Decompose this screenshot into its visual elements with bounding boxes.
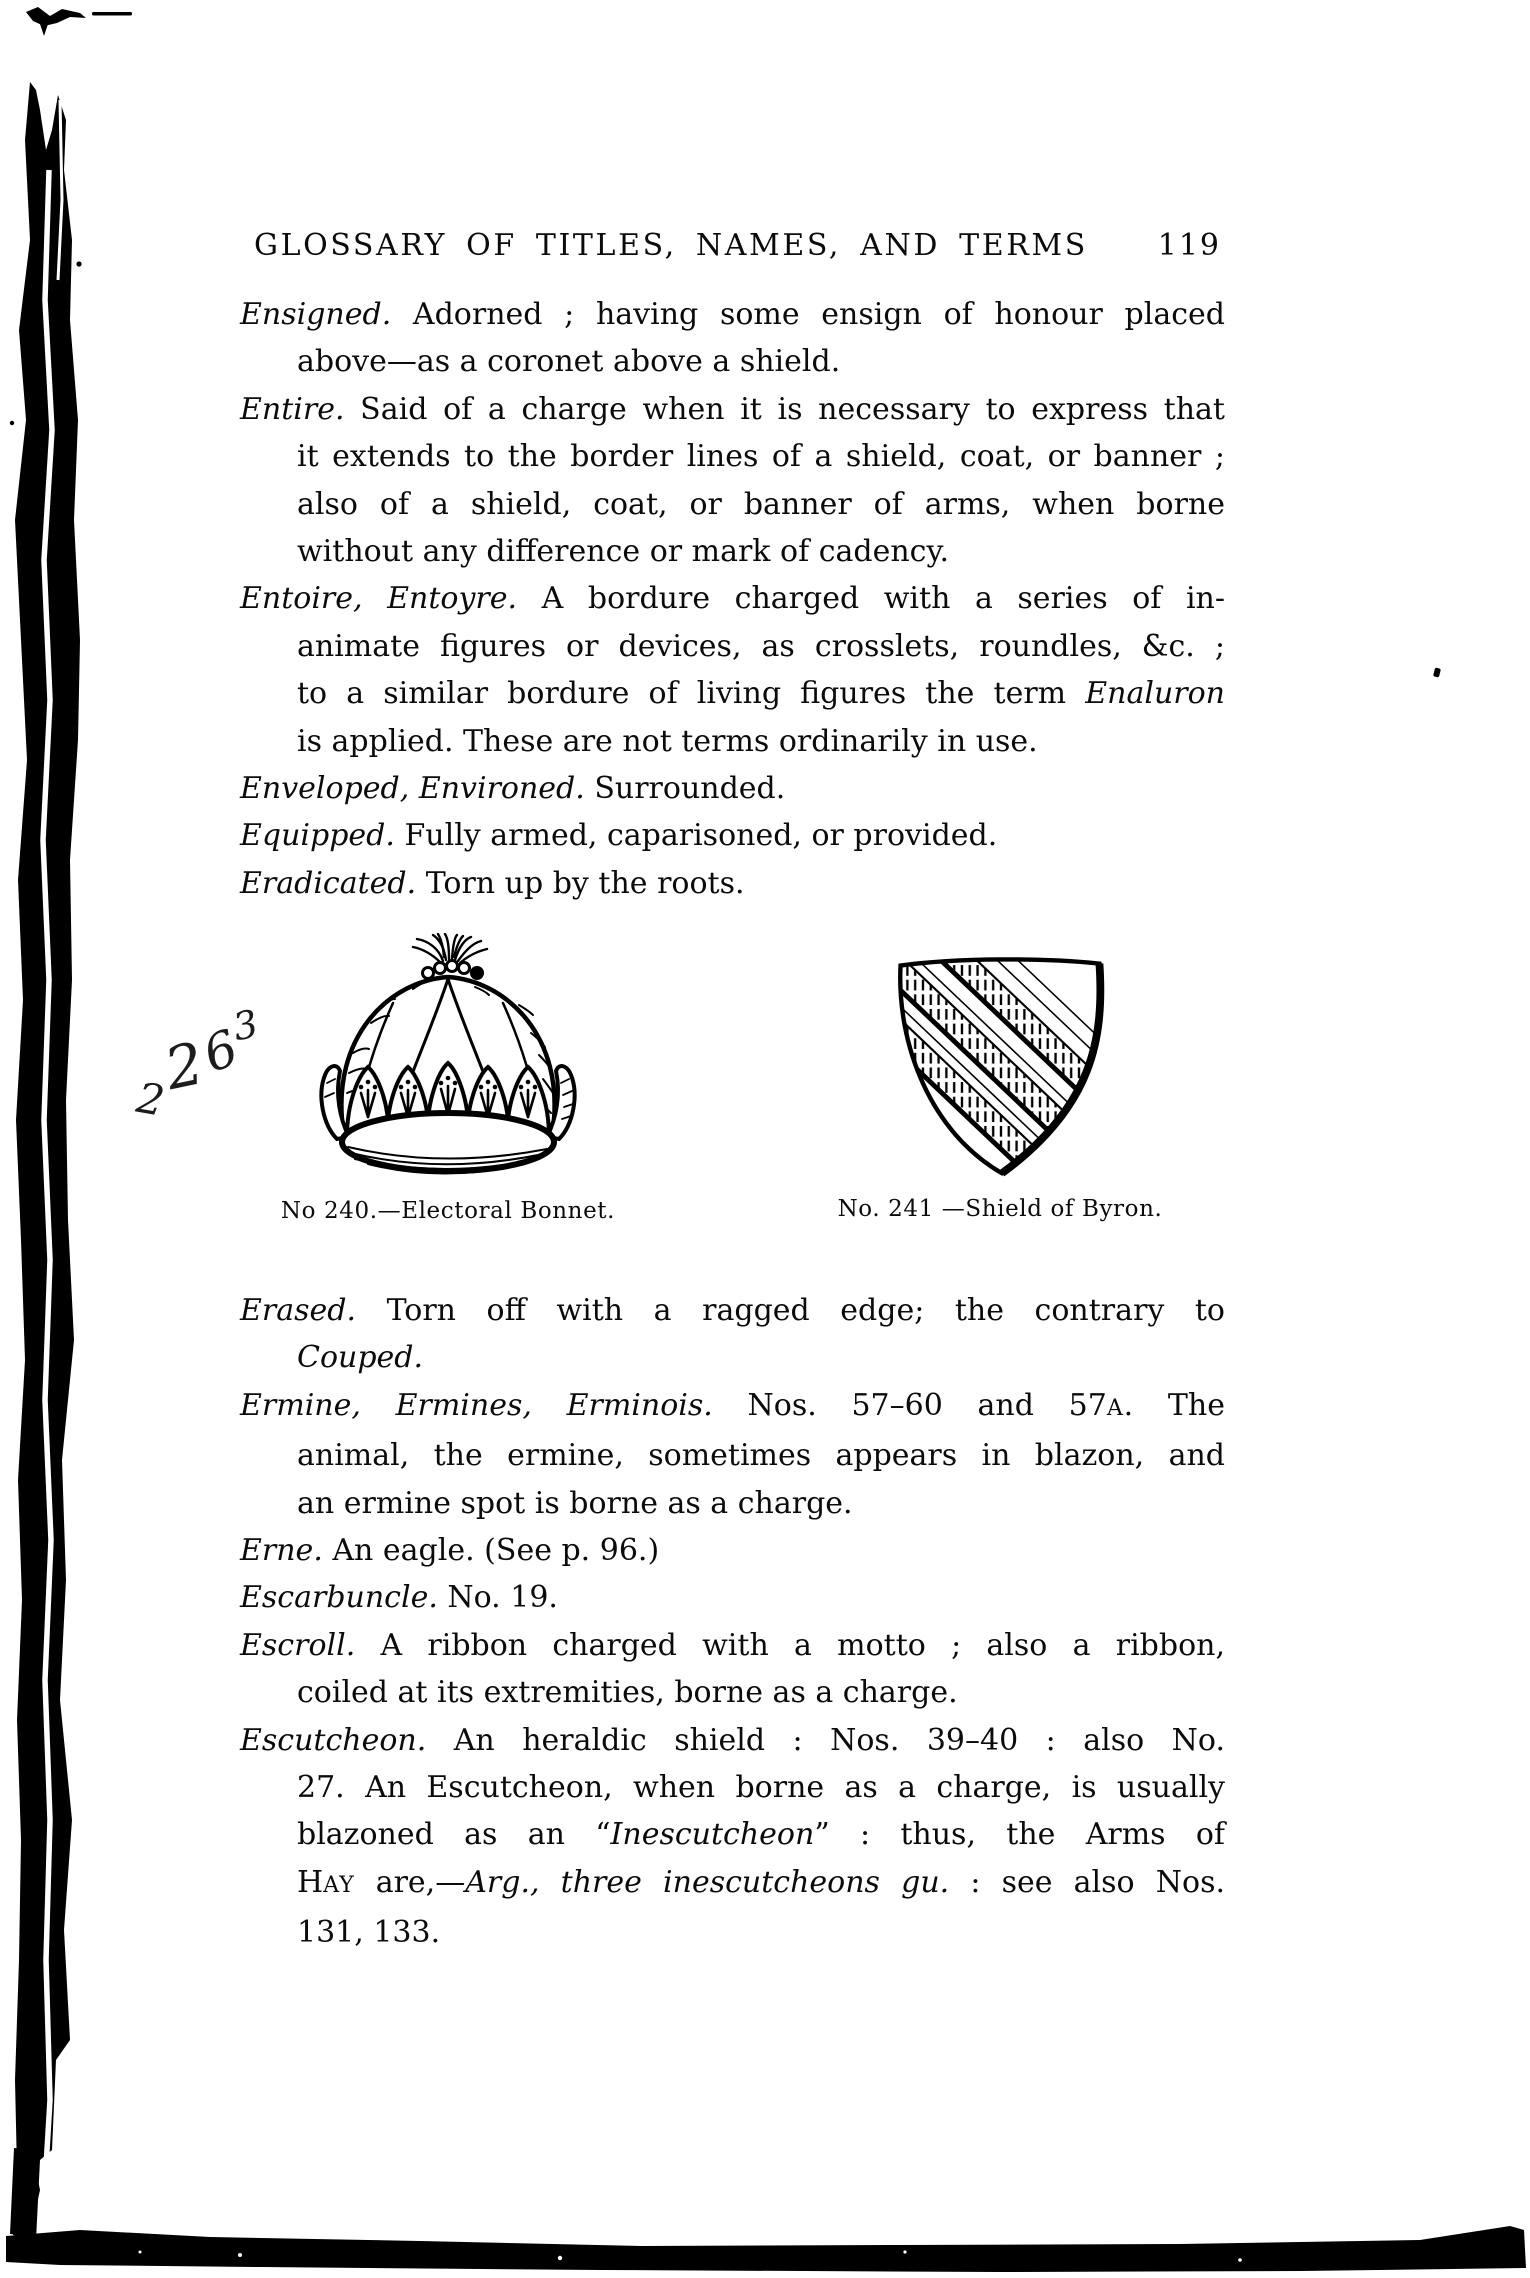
glossary-block-upper: Ensigned. Adorned ; having some ensign o… [240,291,1225,907]
glossary-entry-enveloped: Enveloped, Environed. Surrounded. [240,765,1225,812]
glossary-line: to a similar bordure of living figures t… [240,670,1225,717]
glossary-entry-eradicated: Eradicated. Torn up by the roots. [240,860,1225,907]
glossary-line: Escroll. A ribbon charged with a motto ;… [240,1622,1225,1669]
glossary-line: also of a shield, coat, or banner of arm… [240,481,1225,528]
glossary-entry-escutcheon: Escutcheon. An heraldic shield : Nos. 39… [240,1717,1225,1957]
page-title: GLOSSARY OF TITLES, NAMES, AND TERMS [254,228,1088,263]
glossary-line: Equipped. Fully armed, caparisoned, or p… [240,812,1225,859]
left-edge-scan-artifact [0,0,140,2278]
running-header: GLOSSARY OF TITLES, NAMES, AND TERMS 119 [240,228,1225,263]
scanned-book-page: { "colors": { "ink": "#0b0b0b", "paper":… [0,0,1530,2278]
glossary-line: 131, 133. [240,1909,1225,1956]
glossary-entry-ermine: Ermine, Ermines, Erminois. Nos. 57–60 an… [240,1382,1225,1527]
glossary-line: animate figures or devices, as crosslets… [240,623,1225,670]
glossary-entry-erne: Erne. An eagle. (See p. 96.) [240,1527,1225,1574]
figure-caption: No. 241 —Shield of Byron. [838,1196,1163,1222]
electoral-bonnet-figure: No 240.—Electoral Bonnet. [258,933,638,1224]
glossary-entry-entoire: Entoire, Entoyre. A bordure charged with… [240,575,1225,765]
glossary-line: Escutcheon. An heraldic shield : Nos. 39… [240,1717,1225,1764]
figure-caption: No 240.—Electoral Bonnet. [281,1198,615,1224]
glossary-entry-ensigned: Ensigned. Adorned ; having some ensign o… [240,291,1225,386]
glossary-line: Entire. Said of a charge when it is nece… [240,386,1225,433]
glossary-line: blazoned as an “Inescutcheon” : thus, th… [240,1811,1225,1858]
glossary-block-lower: Erased. Torn off with a ragged edge; the… [240,1287,1225,1957]
page-number: 119 [1158,228,1221,263]
glossary-line: Entoire, Entoyre. A bordure charged with… [240,575,1225,622]
glossary-line: is applied. These are not terms ordinari… [240,718,1225,765]
glossary-line: Erased. Torn off with a ragged edge; the… [240,1287,1225,1334]
glossary-line: 27. An Escutcheon, when borne as a charg… [240,1764,1225,1811]
glossary-line: Ensigned. Adorned ; having some ensign o… [240,291,1225,338]
glossary-line: an ermine spot is borne as a charge. [240,1480,1225,1527]
glossary-entry-escarbuncle: Escarbuncle. No. 19. [240,1574,1225,1621]
glossary-line: coiled at its extremities, borne as a ch… [240,1669,1225,1716]
glossary-entry-escroll: Escroll. A ribbon charged with a motto ;… [240,1622,1225,1717]
glossary-line: Couped. [240,1334,1225,1381]
glossary-line: animal, the ermine, sometimes appears in… [240,1432,1225,1479]
electoral-bonnet-illustration [293,933,603,1185]
glossary-entry-entire: Entire. Said of a charge when it is nece… [240,386,1225,576]
glossary-line: Escarbuncle. No. 19. [240,1574,1225,1621]
glossary-line: it extends to the border lines of a shie… [240,433,1225,480]
bottom-scan-artifact [0,2140,1530,2278]
glossary-line: Ermine, Ermines, Erminois. Nos. 57–60 an… [240,1382,1225,1432]
byron-shield-illustration [887,949,1113,1183]
ink-speck [1433,667,1441,677]
glossary-line: above—as a coronet above a shield. [240,338,1225,385]
pencil-digit: 2 [133,1073,168,1126]
glossary-entry-equipped: Equipped. Fully armed, caparisoned, or p… [240,812,1225,859]
glossary-entry-erased: Erased. Torn off with a ragged edge; the… [240,1287,1225,1382]
top-left-scan-mark [26,7,86,26]
glossary-line: without any difference or mark of cadenc… [240,528,1225,575]
glossary-line: HAY are,—Arg., three inescutcheons gu. :… [240,1859,1225,1909]
glossary-line: Enveloped, Environed. Surrounded. [240,765,1225,812]
glossary-line: Erne. An eagle. (See p. 96.) [240,1527,1225,1574]
byron-shield-figure: No. 241 —Shield of Byron. [818,933,1182,1222]
glossary-line: Eradicated. Torn up by the roots. [240,860,1225,907]
